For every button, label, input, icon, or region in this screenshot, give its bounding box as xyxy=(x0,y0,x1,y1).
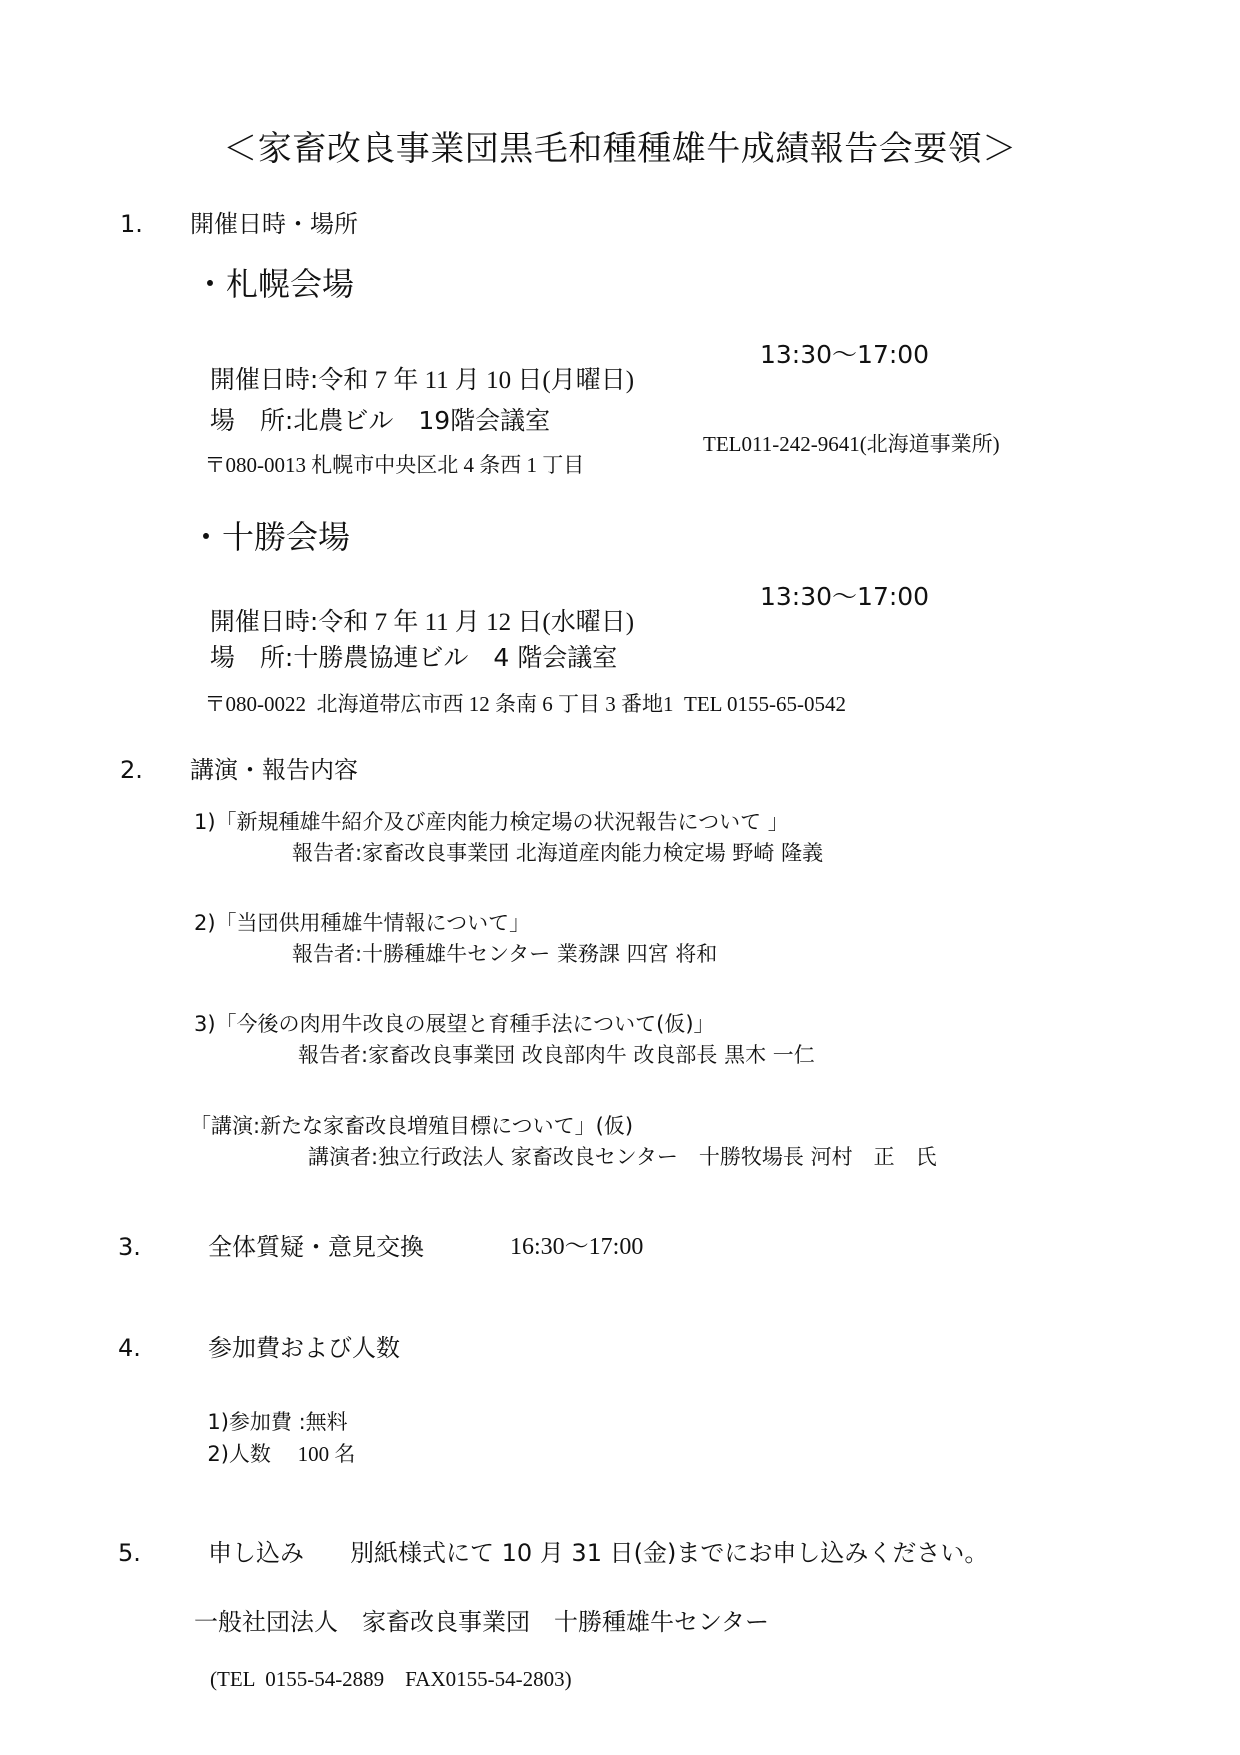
place-value: 北農ビル 19階会議室 xyxy=(293,406,550,435)
report-1-title: 1)「新規種雄牛紹介及び産肉能力検定場の状況報告について 」 xyxy=(194,812,789,833)
section-1-number: 1. xyxy=(120,212,143,236)
section-1-heading: 開催日時・場所 xyxy=(190,212,358,236)
lecture-presenter: 講演者:独立行政法人 家畜改良センター 十勝牧場長 河村 正 氏 xyxy=(308,1147,937,1168)
capacity-label: 2)人数 xyxy=(207,1442,271,1466)
postal-code: 〒080-0013 xyxy=(205,453,307,477)
venue-sapporo-place: 場 所:北農ビル 19階会議室 xyxy=(194,383,550,433)
report-3-presenter: 報告者:家畜改良事業団 改良部肉牛 改良部長 黒木 一仁 xyxy=(298,1045,815,1066)
street-address: 北海道帯広市西 12 条南 6 丁目 3 番地1 xyxy=(317,692,674,716)
contact-phones: (TEL 0155-54-2889 FAX0155-54-2803) xyxy=(210,1669,572,1690)
section-5-text: 別紙様式にて 10 月 31 日(金)までにお申し込みください。 xyxy=(350,1541,988,1565)
report-1-presenter: 報告者:家畜改良事業団 北海道産肉能力検定場 野崎 隆義 xyxy=(292,843,823,864)
venue-tokachi-place: 場 所:十勝農協連ビル 4 階会議室 xyxy=(194,620,617,670)
place-value: 十勝農協連ビル 4 階会議室 xyxy=(293,643,617,672)
section-3-heading: 全体質疑・意見交換 xyxy=(208,1235,424,1259)
lecture-title: 「講演:新たな家畜改良増殖目標について」(仮) xyxy=(190,1116,633,1137)
section-2-heading: 講演・報告内容 xyxy=(190,758,358,782)
section-3-time: 16:30～17:00 xyxy=(510,1235,643,1259)
section-5-heading: 申し込み xyxy=(208,1541,304,1565)
venue-sapporo-tel: TEL011-242-9641(北海道事業所) xyxy=(703,434,1000,455)
venue-tokachi-address: 〒080-0022 北海道帯広市西 12 条南 6 丁目 3 番地1 TEL 0… xyxy=(194,673,846,715)
venue-sapporo-time: 13:30～17:00 xyxy=(760,342,929,367)
capacity-value: 100 名 xyxy=(298,1442,356,1466)
section-4-number: 4. xyxy=(118,1336,141,1360)
place-label: 場 所: xyxy=(210,643,293,672)
report-2-title: 2)「当団供用種雄牛情報について」 xyxy=(194,913,530,934)
venue-sapporo-address: 〒080-0013 札幌市中央区北 4 条西 1 丁目 xyxy=(194,434,584,476)
place-label: 場 所: xyxy=(210,406,293,435)
report-2-presenter: 報告者:十勝種雄牛センター 業務課 四宮 将和 xyxy=(292,944,717,965)
capacity-row: 2)人数 100 名 xyxy=(194,1423,355,1465)
venue-tokachi-name: ・十勝会場 xyxy=(190,521,350,553)
postal-code: 〒080-0022 xyxy=(205,692,307,716)
contact-organization: 一般社団法人 家畜改良事業団 十勝種雄牛センター xyxy=(194,1610,769,1634)
venue-sapporo-name: ・札幌会場 xyxy=(194,268,354,300)
section-3-number: 3. xyxy=(118,1235,141,1259)
section-5-number: 5. xyxy=(118,1541,141,1565)
street-address: 札幌市中央区北 4 条西 1 丁目 xyxy=(311,453,584,477)
document-title: ＜家畜改良事業団黒毛和種種雄牛成績報告会要領＞ xyxy=(0,132,1240,166)
section-4-heading: 参加費および人数 xyxy=(208,1336,400,1360)
report-3-title: 3)「今後の肉用牛改良の展望と育種手法について(仮)」 xyxy=(194,1014,715,1035)
venue-tokachi-tel: TEL 0155-65-0542 xyxy=(684,692,846,716)
section-2-number: 2. xyxy=(120,758,143,782)
venue-tokachi-time: 13:30～17:00 xyxy=(760,584,929,609)
